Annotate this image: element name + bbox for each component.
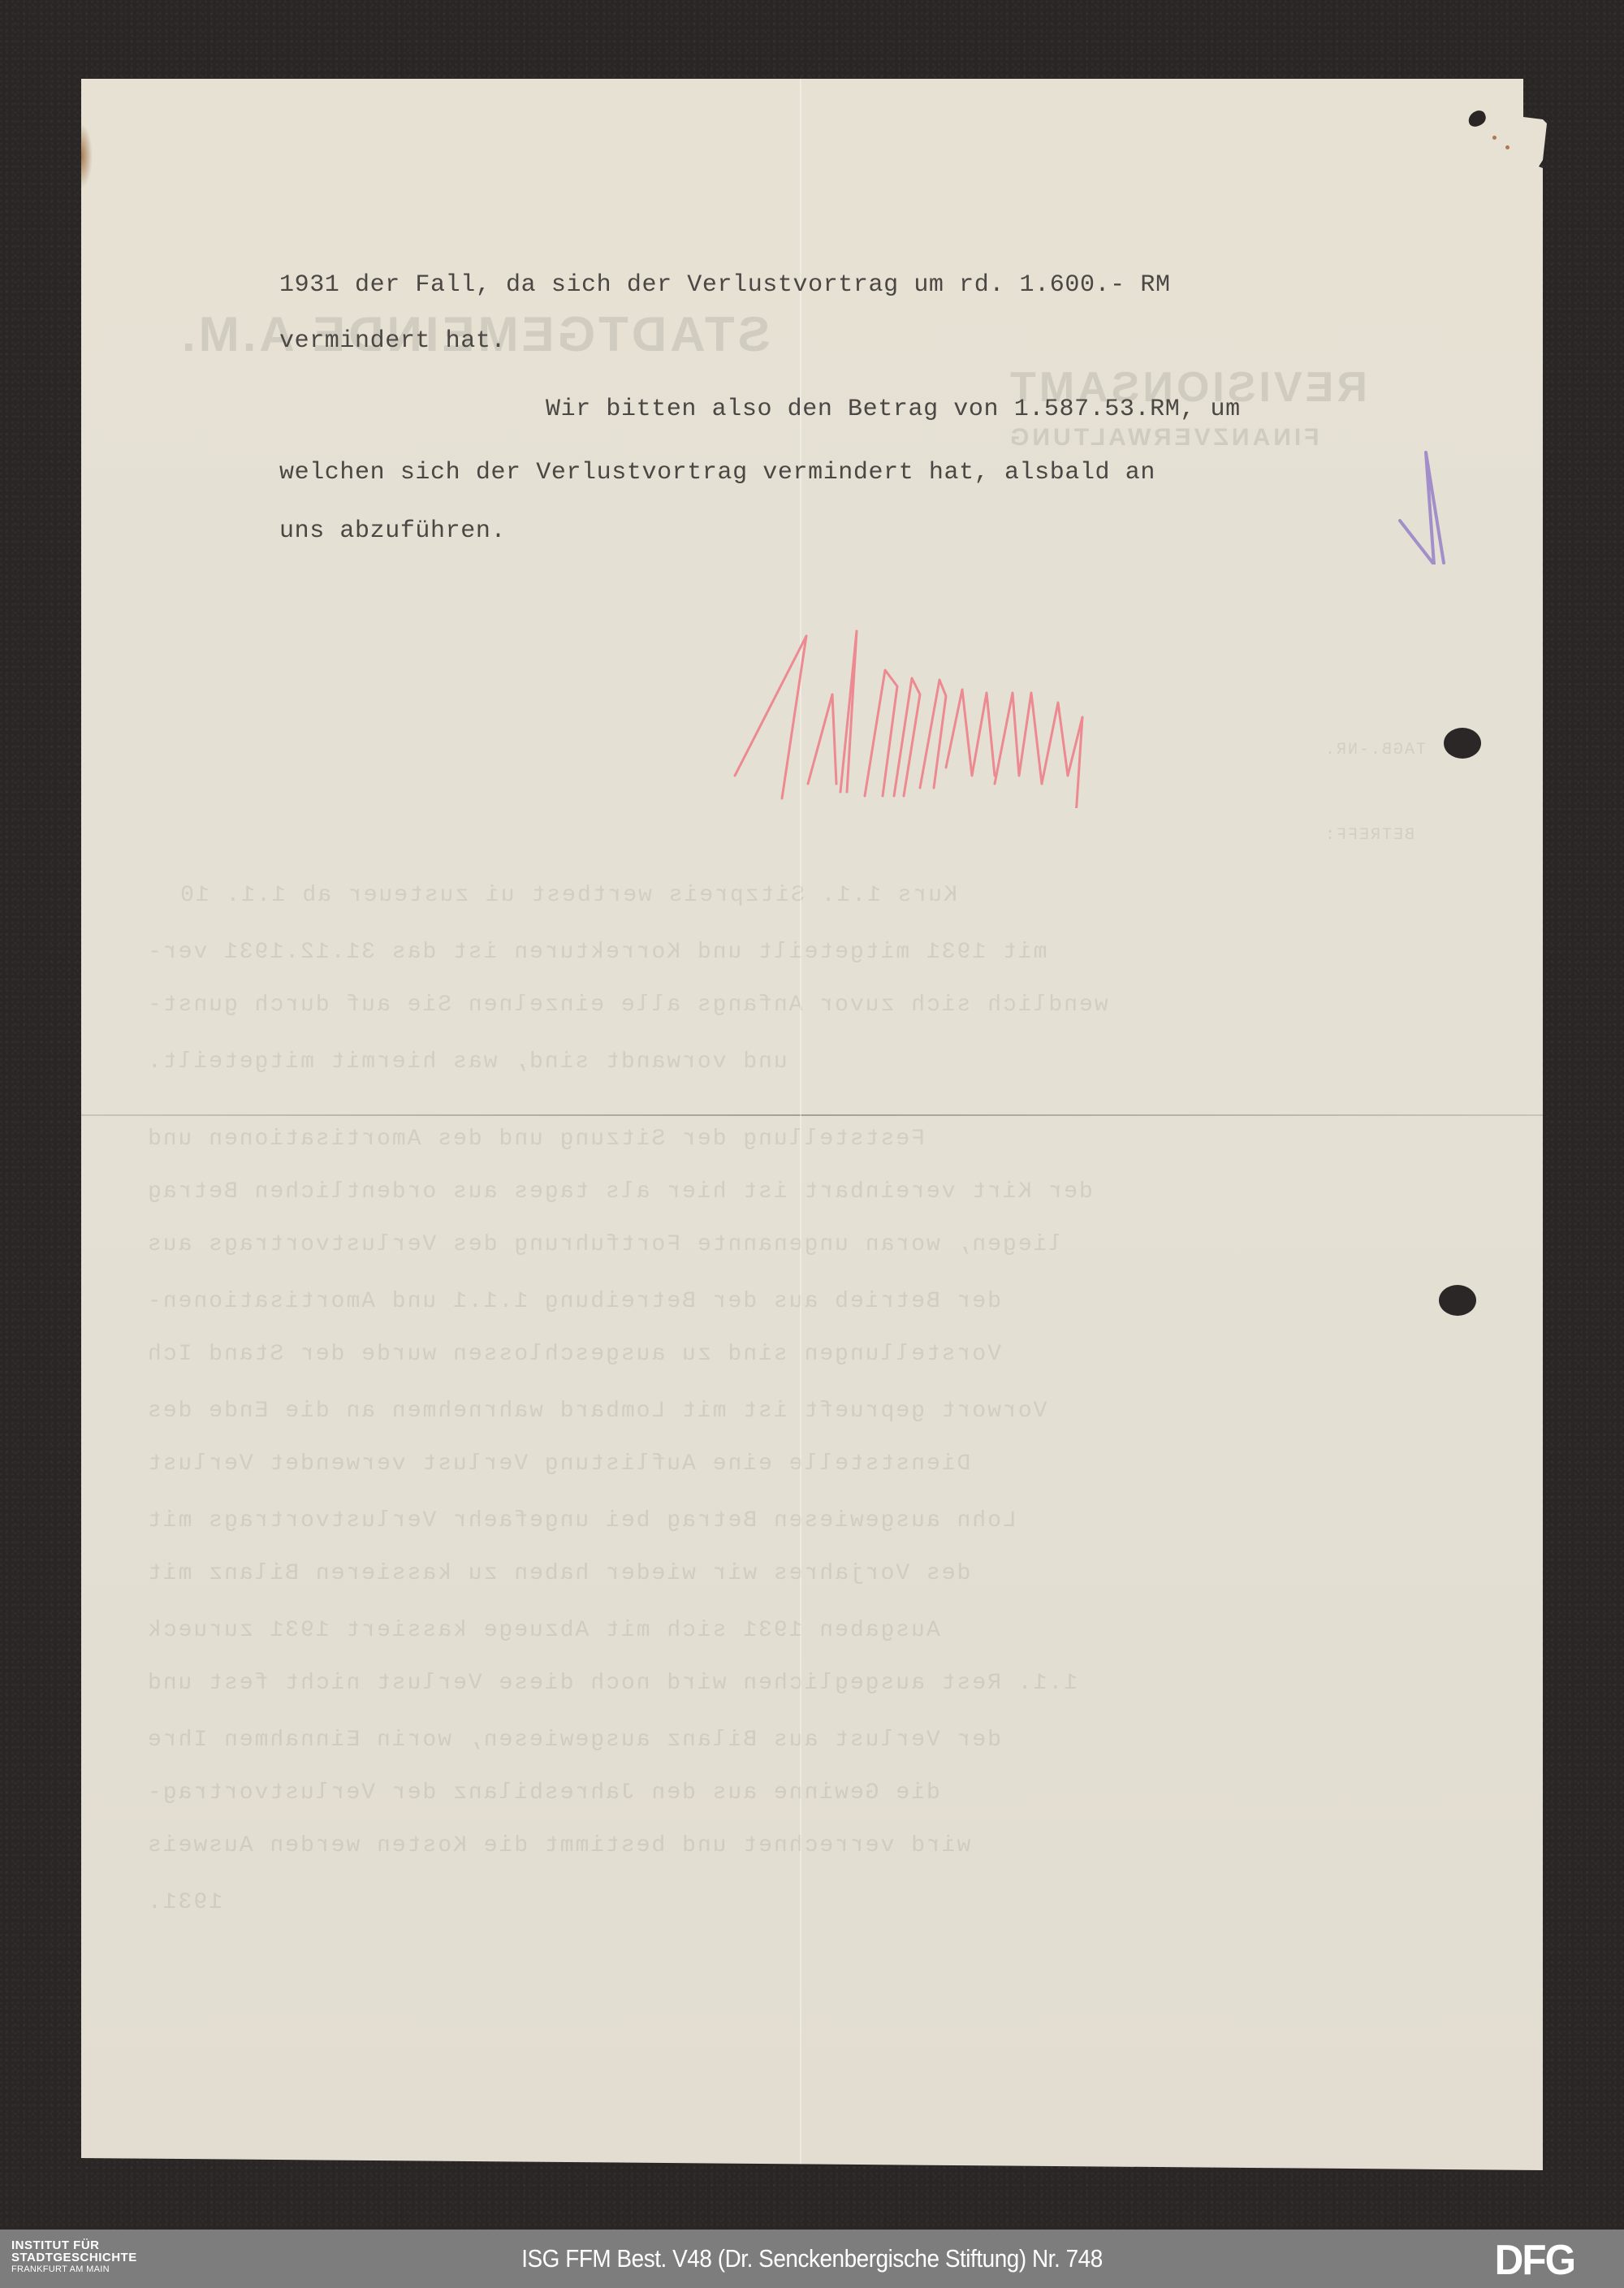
typed-line-3: Wir bitten also den Betrag von 1.587.53.… (546, 396, 1241, 423)
typed-line-2: vermindert hat. (279, 327, 506, 355)
typed-line-4: welchen sich der Verlustvortrag verminde… (279, 459, 1155, 487)
rust-dot (1505, 145, 1510, 149)
typed-line-5: uns abzuführen. (279, 517, 506, 545)
rust-stain (81, 123, 93, 188)
check-mark-annotation (1397, 451, 1453, 564)
bleed-letterhead-3: FINANZVERWALTUNG (1007, 424, 1319, 452)
document-page: STADTGEMEINDE A.M. REVISIONSAMT FINANZVE… (81, 79, 1547, 2170)
rust-dot (1492, 136, 1497, 140)
punch-hole-top (1444, 728, 1481, 759)
archive-footer: INSTITUT FÜR STADTGESCHICHTE FRANKFURT A… (0, 2230, 1624, 2288)
bleed-side-label-1: TAGB.-NR. (1324, 741, 1426, 759)
signature-scribble (710, 621, 1100, 808)
horizontal-fold-line (81, 1114, 1547, 1116)
vertical-fold-line (800, 79, 801, 2170)
archive-caption: ISG FFM Best. V48 (Dr. Senckenbergische … (81, 2244, 1543, 2273)
punch-hole-bottom (1439, 1285, 1476, 1316)
typed-line-1: 1931 der Fall, da sich der Verlustvortra… (279, 271, 1171, 299)
paper-tear (1466, 109, 1488, 128)
dfg-logo: DFG (1495, 2239, 1575, 2282)
bleed-side-label-2: BETREFF: (1324, 826, 1415, 845)
